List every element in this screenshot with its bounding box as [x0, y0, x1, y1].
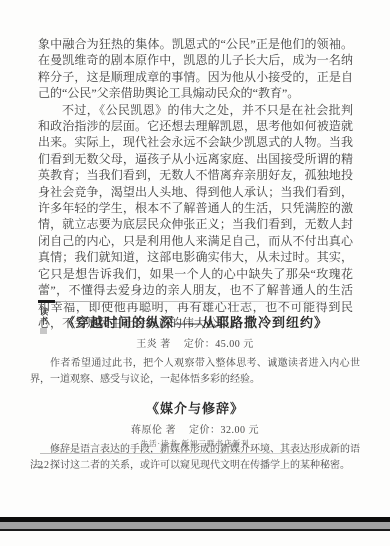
book-price: 定价：32.00 元 — [189, 425, 259, 436]
book-author: 蒋原伦 著 — [131, 425, 176, 436]
page-number: 22 — [38, 460, 50, 471]
book-byline: 蒋原伦 著 定价：32.00 元 — [30, 421, 360, 436]
footer-rule — [40, 453, 325, 454]
section-divider — [38, 300, 326, 303]
publisher-imprint: 生活·读书·新知三联书店新刊 — [0, 438, 390, 449]
divider-tick — [38, 300, 55, 303]
scan-edge-strip — [0, 529, 390, 532]
book-description: 作者希望通过此书，把个人观察带入整体思考、诚邀读者进入内心世界，一道观察、感受与… — [30, 356, 360, 387]
book-entry: 《穿越时间的纵深——从耶路撒冷到纽约》 王炎 著 定价：45.00 元 作者希望… — [30, 312, 360, 387]
article-paragraph: 象中融合为狂热的集体。凯恩式的“公民”正是他们的领袖。在曼凯维奇的剧本原作中，凯… — [38, 36, 353, 102]
scan-edge-strip — [0, 522, 390, 529]
article-paragraph: 不过，《公民凯恩》的伟大之处，并不只是在社会批判和政治指涉的层面。它还想去理解凯… — [38, 102, 353, 332]
book-title: 《穿越时间的纵深——从耶路撒冷到纽约》 — [30, 312, 360, 331]
scanned-book-page: 象中融合为狂热的集体。凯恩式的“公民”正是他们的领袖。在曼凯维奇的剧本原作中，凯… — [0, 0, 390, 546]
book-author: 王炎 著 — [136, 339, 171, 350]
book-price: 定价：45.00 元 — [184, 339, 254, 350]
book-byline: 王炎 著 定价：45.00 元 — [30, 335, 360, 350]
article-body: 象中融合为狂热的集体。凯恩式的“公民”正是他们的领袖。在曼凯维奇的剧本原作中，凯… — [38, 36, 353, 331]
divider-rule — [55, 301, 326, 302]
book-entry: 《媒介与修辞》 蒋原伦 著 定价：32.00 元 修辞是语言表达的手段，新媒体形… — [30, 398, 360, 473]
book-title: 《媒介与修辞》 — [30, 398, 360, 417]
